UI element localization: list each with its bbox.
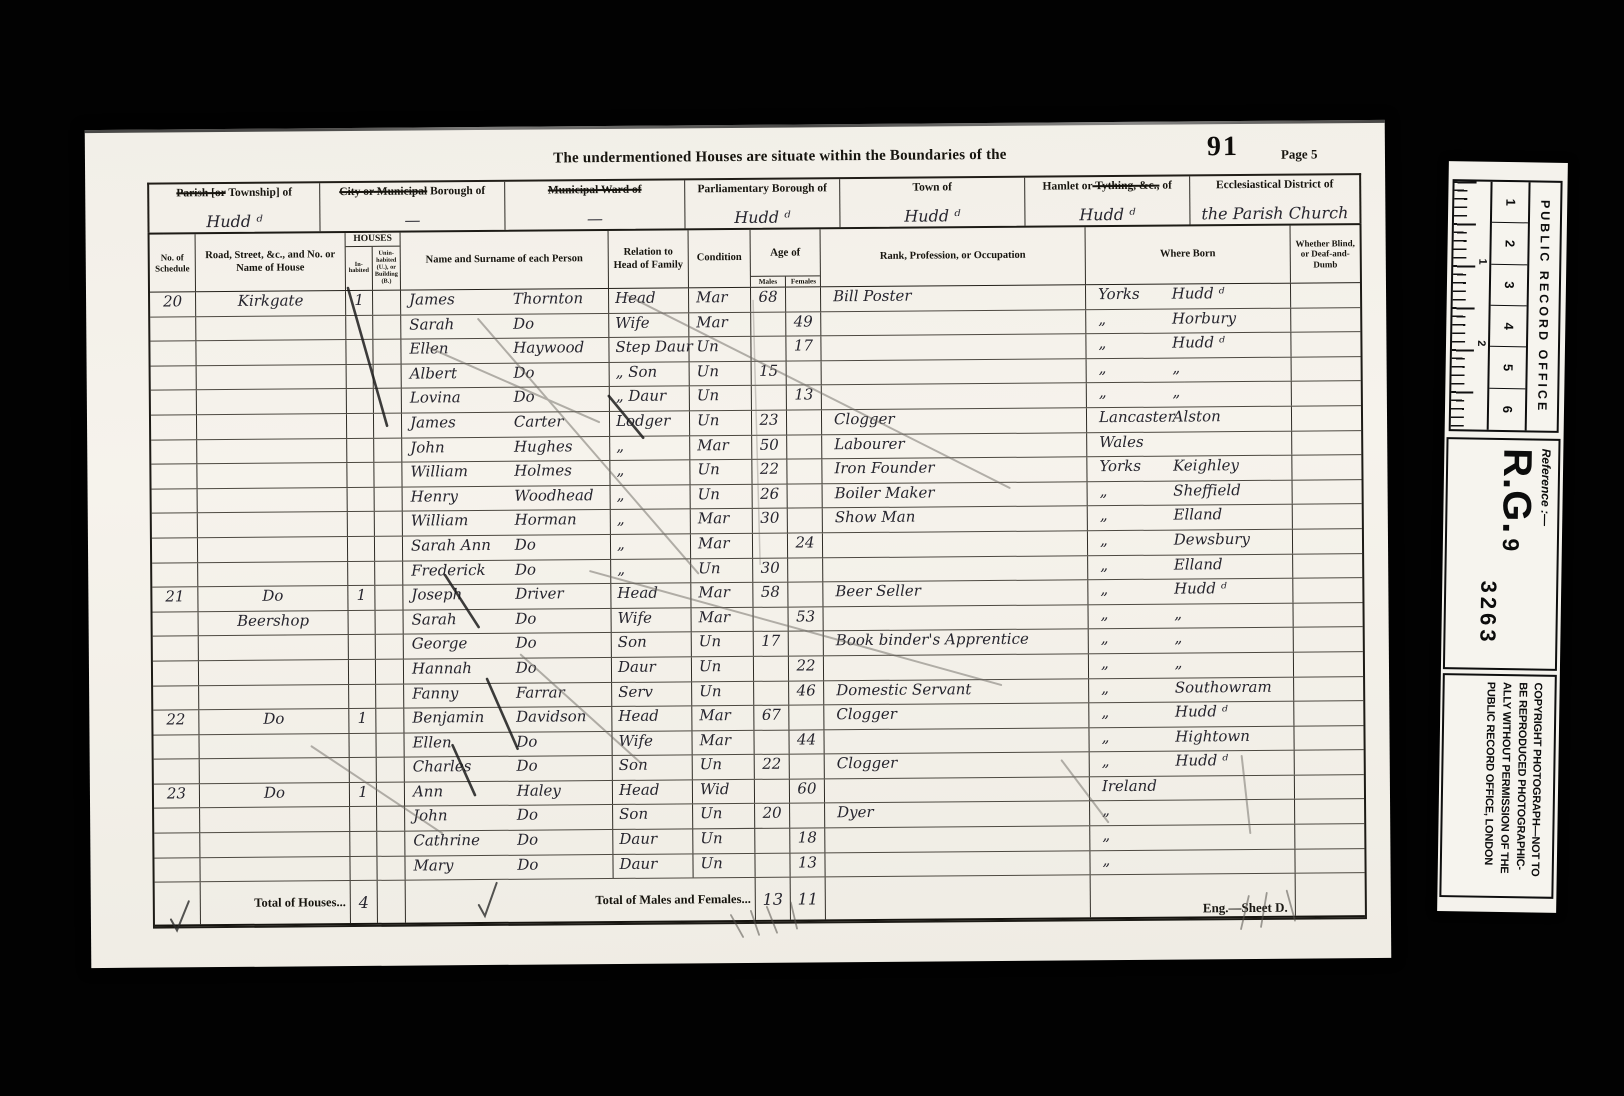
born-place: Hudd ᵈ [1172, 333, 1225, 351]
table-body: 20Kirkgate1JamesThorntonHeadMar68Bill Po… [150, 283, 1365, 883]
cell-road: Kirkgate [196, 291, 346, 316]
header-box-value: — [505, 208, 684, 228]
cell-inhabited [347, 365, 374, 389]
cell-blind-deaf [1295, 824, 1364, 848]
cell-schedule [153, 637, 199, 661]
forename: Ann [405, 782, 443, 800]
cell-occupation [822, 359, 1087, 385]
cell-road [197, 439, 347, 464]
census-photograph: { "page": { "boundary_title": "The under… [0, 0, 1624, 1096]
cell-condition: Mar [692, 706, 754, 730]
cell-age-male [755, 853, 790, 877]
cell-condition: Un [693, 829, 755, 853]
cell-schedule [151, 464, 197, 488]
cell-relation: „ [611, 534, 691, 558]
cell-age-male: 22 [752, 460, 787, 484]
cell-uninhabited [375, 487, 403, 511]
cell-schedule [151, 440, 197, 464]
cell-occupation: Clogger [825, 753, 1090, 779]
cell-relation: Son [612, 633, 692, 657]
cell-condition: Un [691, 558, 753, 582]
cell-age-male: 58 [753, 583, 788, 607]
born-place: Hudd ᵈ [1175, 702, 1228, 720]
cell-inhabited [349, 684, 376, 708]
cell-schedule [154, 760, 200, 784]
cell-condition: Mar [691, 509, 753, 533]
total-males-females-label: Total of Males and Females... [406, 878, 756, 923]
reference-label: Reference :— [1538, 449, 1554, 568]
cell-where-born: „„ [1087, 382, 1292, 407]
surname: Do [515, 609, 536, 627]
cell-inhabited [349, 660, 376, 684]
cell-schedule: 22 [153, 710, 199, 734]
cell-name: FannyFarrar [404, 682, 612, 707]
cell-uninhabited [375, 512, 403, 536]
cell-age-female: 13 [787, 386, 822, 410]
born-place: „ [1174, 629, 1182, 647]
cell-where-born: „Dewsbury [1088, 530, 1293, 555]
born-place: „ [1172, 383, 1180, 401]
col-header-uninhabited: Unin-habited (U.), or Building (B.) [373, 247, 400, 290]
cell-where-born: „Sheffield [1088, 480, 1293, 505]
copyright-line: BE REPRODUCED PHOTOGRAPHIC- [1510, 682, 1529, 890]
surname: Hughes [514, 437, 573, 455]
born-county: „ [1100, 531, 1108, 549]
cell-occupation [823, 531, 1088, 557]
cell-blind-deaf [1294, 726, 1363, 750]
cell-blind-deaf [1291, 283, 1360, 307]
sheet-note: Eng.—Sheet D. [1203, 900, 1288, 917]
cell-uninhabited [373, 291, 401, 315]
cell-name: JohnHughes [402, 437, 610, 462]
cell-condition: Un [690, 460, 752, 484]
surname: Carter [514, 412, 564, 430]
born-county: „ [1100, 605, 1108, 623]
cell-where-born: YorksHudd ᵈ [1086, 284, 1291, 309]
cell-age-female [790, 755, 825, 779]
born-place: Hightown [1175, 727, 1250, 746]
col-header-relation: Relation to Head of Family [609, 230, 689, 288]
cell-schedule [150, 341, 196, 365]
cell-where-born: „Hudd ᵈ [1088, 579, 1293, 604]
rg-series-number: 9 [1497, 538, 1524, 551]
cell-relation: Serv [612, 682, 692, 706]
cell-inhabited [347, 438, 374, 462]
header-box: City or Municipal Borough of— [320, 182, 505, 231]
ruler-number: 3 [1491, 264, 1528, 306]
cell-where-born: „Southowram [1089, 677, 1294, 702]
forename: Frederick [403, 561, 486, 580]
cell-occupation: Beer Seller [823, 580, 1088, 606]
surname: Do [515, 634, 536, 652]
cell-schedule [151, 415, 197, 439]
header-box-label-segment: Township] of [226, 186, 293, 199]
born-place: Keighley [1173, 456, 1239, 475]
cell-name: AlbertDo [402, 363, 610, 388]
cell-condition: Un [690, 362, 752, 386]
cell-age-male: 22 [755, 755, 790, 779]
cell-where-born: „Elland [1088, 554, 1293, 579]
cell-age-female: 18 [790, 828, 825, 852]
cell-condition: Mar [690, 435, 752, 459]
surname: Do [516, 658, 537, 676]
public-record-office-label: PUBLIC RECORD OFFICE [1525, 182, 1561, 430]
surname: Do [517, 855, 538, 873]
cell-inhabited [346, 340, 373, 364]
cell-relation: „ [611, 510, 691, 534]
cell-blind-deaf [1293, 578, 1362, 602]
cell-occupation [824, 654, 1089, 680]
cell-schedule: 23 [154, 784, 200, 808]
cell-occupation [823, 605, 1088, 631]
header-box-label-segment: City or [339, 186, 374, 198]
header-box: Hamlet or Tything, &c., ofHudd ᵈ [1025, 176, 1190, 225]
cell-where-born: „Hightown [1089, 726, 1294, 751]
reference-box: Reference :— R.G. 9 3263 [1443, 437, 1561, 671]
cell-road: Do [199, 709, 349, 734]
cell-age-male [753, 534, 788, 558]
cell-relation: Wife [612, 608, 692, 632]
col-header-age: Age of Males Females [751, 229, 821, 287]
cell-occupation [821, 334, 1086, 360]
header-box-label-segment: Parish [or [176, 187, 225, 199]
totals-empty [155, 882, 201, 924]
header-box-label-segment: Municipal [374, 185, 427, 197]
cell-age-female [789, 705, 824, 729]
age-subheaders: Males Females [751, 275, 820, 287]
cell-condition: Mar [692, 608, 754, 632]
cell-relation: Head [609, 288, 689, 312]
cell-occupation [825, 826, 1090, 852]
cell-where-born: Ireland [1090, 776, 1295, 801]
cell-inhabited [350, 856, 377, 880]
header-box-label-segment: Parliamentary Borough of [697, 182, 827, 195]
totals-empty [378, 881, 406, 923]
surname: Davidson [516, 707, 586, 726]
cell-inhabited: 1 [350, 783, 377, 807]
cell-occupation: Show Man [823, 507, 1088, 533]
cell-relation: Daur [613, 854, 693, 878]
cell-relation: Head [611, 583, 691, 607]
born-county: „ [1101, 703, 1109, 721]
ruler: PUBLIC RECORD OFFICE 123456 12 [1449, 179, 1563, 433]
cell-age-male [754, 607, 789, 631]
header-box-label: Municipal Ward of [505, 183, 684, 198]
cell-road [198, 488, 348, 513]
cell-road: Do [200, 783, 350, 808]
ruler-numbers: 123456 [1487, 182, 1529, 431]
surname: Driver [515, 584, 564, 602]
forename: Benjamin [404, 708, 484, 727]
cell-where-born: „ [1090, 849, 1295, 874]
cell-name: HenryWoodhead [403, 486, 611, 511]
forename: Sarah [404, 610, 457, 628]
cell-where-born: „„ [1089, 653, 1294, 678]
cell-age-male: 15 [752, 361, 787, 385]
cell-condition: Un [689, 337, 751, 361]
born-county: „ [1099, 359, 1107, 377]
totals-row: Total of Houses... 4 Total of Males and … [155, 873, 1365, 927]
born-county: „ [1101, 654, 1109, 672]
forename: John [402, 438, 445, 456]
born-county: „ [1101, 629, 1109, 647]
col-header-schedule: No. of Schedule [150, 234, 196, 291]
born-place: Elland [1173, 506, 1222, 524]
cell-road [199, 635, 349, 660]
cell-where-born: „„ [1087, 357, 1292, 382]
cell-road [197, 414, 347, 439]
totals-empty [1296, 873, 1365, 916]
surname: Do [513, 314, 534, 332]
header-box: Ecclesiastical District ofthe Parish Chu… [1190, 175, 1359, 224]
cell-age-male: 17 [754, 632, 789, 656]
cell-age-male [751, 312, 786, 336]
cell-condition: Mar [692, 731, 754, 755]
cell-road [199, 685, 349, 710]
cell-relation: Son [613, 756, 693, 780]
header-box: Municipal Ward of— [505, 180, 685, 229]
cell-where-born: „Hudd ᵈ [1086, 333, 1291, 358]
cell-name: WilliamHorman [403, 510, 611, 535]
cell-road: Do [198, 586, 348, 611]
forename: Henry [403, 487, 458, 505]
surname: Do [515, 560, 536, 578]
cell-uninhabited [376, 684, 404, 708]
col-header-blind: Whether Blind, or Deaf-and-Dumb [1291, 225, 1360, 283]
census-page: The undermentioned Houses are situate wi… [85, 120, 1392, 968]
forename: George [404, 634, 468, 652]
surname: Horman [515, 511, 577, 529]
cell-age-female: 22 [789, 656, 824, 680]
surname: Do [516, 757, 537, 775]
born-county: „ [1099, 383, 1107, 401]
cell-age-male [754, 681, 789, 705]
cell-condition: Wid [693, 780, 755, 804]
cell-name: LovinaDo [402, 387, 610, 412]
cell-where-born: „Hudd ᵈ [1090, 751, 1295, 776]
cell-condition: Un [693, 804, 755, 828]
cell-uninhabited [376, 733, 404, 757]
cell-age-female: 44 [789, 730, 824, 754]
cell-schedule [154, 858, 200, 882]
cell-name: CharlesDo [405, 756, 613, 781]
cell-schedule [154, 833, 200, 857]
ruler-number: 6 [1489, 388, 1526, 430]
header-box-label: City or Municipal Borough of [320, 185, 504, 200]
cell-schedule [151, 366, 197, 390]
header-box-value: Hudd ᵈ [1025, 204, 1189, 224]
cell-relation: Step Daur [609, 338, 689, 362]
strip-rotated-content: PUBLIC RECORD OFFICE 123456 12 Reference… [1437, 161, 1568, 913]
cell-condition: Un [693, 755, 755, 779]
cell-occupation: Book binder's Apprentice [824, 630, 1089, 656]
cell-blind-deaf [1292, 431, 1361, 455]
cell-age-female: 46 [789, 681, 824, 705]
cell-condition: Un [692, 681, 754, 705]
cell-relation: Daur [613, 829, 693, 853]
cell-uninhabited [376, 635, 404, 659]
cell-road [199, 734, 349, 759]
cell-inhabited [348, 488, 375, 512]
cell-age-female [786, 287, 821, 311]
cell-inhabited: 1 [346, 291, 373, 315]
cell-inhabited [349, 734, 376, 758]
born-county: „ [1102, 752, 1110, 770]
col-header-inhabited: In-habited [346, 247, 373, 290]
cell-name: FrederickDo [403, 560, 611, 585]
header-box-label: Parish [or Township] of [149, 186, 319, 201]
col-header-born: Where Born [1086, 226, 1291, 285]
cell-age-female: 60 [790, 779, 825, 803]
cell-road [200, 758, 350, 783]
header-box: Town ofHudd ᵈ [840, 178, 1025, 227]
cell-age-female [787, 361, 822, 385]
cell-relation: „ [611, 559, 691, 583]
cell-blind-deaf [1292, 455, 1361, 479]
cell-where-born: „„ [1088, 603, 1293, 628]
cell-blind-deaf [1292, 406, 1361, 430]
cell-uninhabited [376, 610, 404, 634]
header-box-label: Town of [840, 181, 1024, 196]
cell-inhabited [348, 512, 375, 536]
cell-inhabited [347, 463, 374, 487]
cell-relation: „ Son [610, 362, 690, 386]
table-header-row: No. of Schedule Road, Street, &c., and N… [150, 225, 1360, 293]
cell-where-born: LancasterAlston [1087, 407, 1292, 432]
cell-blind-deaf [1293, 603, 1362, 627]
cell-condition: Mar [691, 583, 753, 607]
surname: Farrar [516, 683, 565, 701]
born-county: Lancaster [1099, 408, 1175, 427]
houses-title: HOUSES [346, 233, 400, 247]
cell-relation: „ [611, 485, 691, 509]
forename: Hannah [404, 659, 472, 678]
cell-occupation: Clogger [822, 408, 1087, 434]
ruler-number: 1 [1492, 182, 1529, 224]
born-place: Sheffield [1173, 481, 1241, 500]
piece-number: 3263 [1451, 566, 1552, 661]
cell-age-male [751, 337, 786, 361]
cell-road: Beershop [199, 611, 349, 636]
cell-blind-deaf [1293, 480, 1362, 504]
copyright-line: PUBLIC RECORD OFFICE, LONDON [1478, 682, 1497, 890]
cell-age-female: 53 [788, 607, 823, 631]
cell-blind-deaf [1293, 504, 1362, 528]
cell-schedule: 21 [152, 587, 198, 611]
born-county: Ireland [1102, 777, 1157, 795]
born-county: „ [1101, 679, 1109, 697]
cell-age-female [787, 459, 822, 483]
header-box-value: the Parish Church [1190, 203, 1359, 223]
cell-relation: Wife [612, 731, 692, 755]
forename: William [403, 511, 469, 530]
cell-road [197, 365, 347, 390]
cell-condition: Un [693, 854, 755, 878]
copyright-line: ALLY WITHOUT PERMISSION OF THE [1494, 682, 1513, 890]
cell-condition: Mar [689, 312, 751, 336]
ruler-inch-number: 2 [1475, 340, 1487, 346]
cell-age-female [790, 804, 825, 828]
cell-road [198, 537, 348, 562]
cell-age-male: 50 [752, 435, 787, 459]
cell-blind-deaf [1295, 775, 1364, 799]
born-place: Dewsbury [1174, 530, 1250, 549]
surname: Haley [517, 781, 561, 799]
cell-uninhabited [374, 389, 402, 413]
cell-uninhabited [377, 807, 405, 831]
born-county: „ [1100, 580, 1108, 598]
cell-schedule: 20 [150, 292, 196, 316]
born-place: Hudd ᵈ [1172, 284, 1225, 302]
cell-occupation: Iron Founder [822, 457, 1087, 483]
total-houses-label: Total of Houses... [201, 881, 351, 924]
cell-inhabited [347, 414, 374, 438]
header-box-label-segment: Borough of [427, 185, 485, 197]
cell-road [196, 316, 346, 341]
cell-name: Sarah AnnDo [403, 535, 611, 560]
cell-blind-deaf [1295, 800, 1364, 824]
born-county: „ [1098, 334, 1106, 352]
col-header-condition: Condition [689, 230, 751, 287]
col-header-females: Females [786, 276, 821, 287]
cell-blind-deaf [1295, 849, 1364, 873]
cell-uninhabited [375, 561, 403, 585]
census-table: No. of Schedule Road, Street, &c., and N… [148, 223, 1367, 929]
ruler-number: 5 [1490, 347, 1527, 389]
cell-uninhabited [377, 856, 405, 880]
cell-inhabited [346, 315, 373, 339]
cell-schedule [153, 661, 199, 685]
cell-occupation [822, 384, 1087, 410]
ruler-number: 2 [1492, 223, 1529, 265]
cell-road [199, 660, 349, 685]
cell-schedule [153, 612, 199, 636]
cell-schedule [152, 538, 198, 562]
cell-condition: Un [690, 386, 752, 410]
cell-condition: Un [692, 657, 754, 681]
cell-road [196, 340, 346, 365]
reference-series: R.G. 9 [1496, 448, 1538, 567]
header-box-value: Hudd ᵈ [685, 207, 839, 227]
cell-road [200, 832, 350, 857]
cell-where-born: YorksKeighley [1087, 456, 1292, 481]
cell-where-born: „Horbury [1086, 308, 1291, 333]
cell-name: WilliamHolmes [402, 461, 610, 486]
cell-road [200, 857, 350, 882]
cell-name: AnnHaley [405, 781, 613, 806]
born-county: Yorks [1099, 457, 1141, 475]
cell-age-female [787, 410, 822, 434]
forename: Sarah Ann [403, 536, 491, 555]
cell-blind-deaf [1294, 627, 1363, 651]
cell-uninhabited [376, 709, 404, 733]
forename: Sarah [401, 315, 454, 333]
born-place: Southowram [1175, 677, 1272, 696]
cell-condition: Un [692, 632, 754, 656]
cell-schedule [152, 563, 198, 587]
scan-edge-smudge [85, 120, 1385, 133]
cell-schedule [150, 317, 196, 341]
header-box-label-segment: Hamlet or [1042, 180, 1092, 192]
cell-where-born: „ [1090, 825, 1295, 850]
cell-name: SarahDo [404, 609, 612, 634]
born-place: Hudd ᵈ [1175, 751, 1228, 769]
cell-uninhabited [373, 315, 401, 339]
cell-age-female: 13 [790, 853, 825, 877]
cell-uninhabited [374, 438, 402, 462]
cell-road [198, 562, 348, 587]
header-box-value: — [320, 210, 504, 230]
